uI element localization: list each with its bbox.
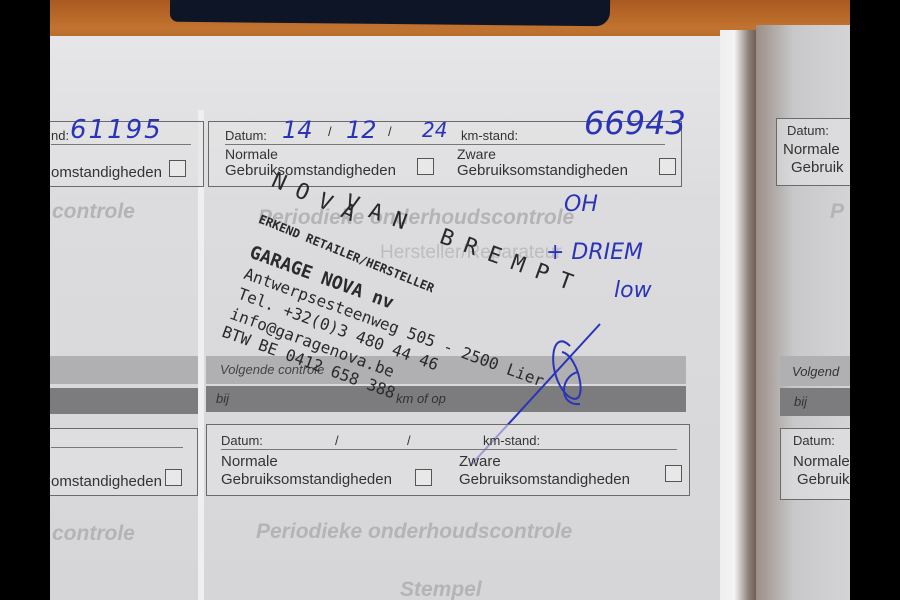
handwritten-year: 24 xyxy=(422,118,447,142)
next-check-km-label: km of op xyxy=(396,391,446,406)
pen xyxy=(170,0,610,26)
normal-usage-checkbox[interactable] xyxy=(417,158,434,175)
next-check-bar-left xyxy=(50,356,198,384)
right-date-label: Datum: xyxy=(787,123,829,138)
page-gutter xyxy=(720,30,756,600)
date-label-bottom: Datum: xyxy=(221,433,263,448)
right-date-label-bottom: Datum: xyxy=(793,433,835,448)
normal-usage-checkbox-bottom[interactable] xyxy=(415,469,432,486)
heavy-label-bottom: Zware xyxy=(459,453,501,470)
handwritten-note-low: low xyxy=(614,278,652,303)
right-entry-box: Datum: Normale Gebruik xyxy=(776,118,850,186)
entry-box-bottom: Datum: / / km-stand: Normale Gebruiksoms… xyxy=(206,424,690,496)
left-usage-checkbox-bottom[interactable] xyxy=(165,469,182,486)
booklet-photo: nd: omstandigheden 61195 Datum: Normale … xyxy=(50,0,850,600)
heavy-usage-label-bottom: Gebruiksomstandigheden xyxy=(459,471,630,488)
date-separator: / xyxy=(335,433,339,448)
handwritten-month: 12 xyxy=(346,116,377,144)
right-next-bar: Volgend xyxy=(780,356,850,386)
left-usage-checkbox[interactable] xyxy=(169,160,186,177)
right-entry-box-bottom: Datum: Normale Gebruik xyxy=(780,428,850,500)
stamp-placeholder: Stempel xyxy=(400,578,482,600)
heavy-usage-checkbox[interactable] xyxy=(659,158,676,175)
right-usage-label: Gebruik xyxy=(791,159,844,176)
right-normal-label: Normale xyxy=(783,141,840,158)
right-usage-label-bottom: Gebruik xyxy=(797,471,850,488)
right-at-bar: bij xyxy=(780,388,850,416)
heavy-usage-label: Gebruiksomstandigheden xyxy=(457,162,628,179)
date-separator: / xyxy=(407,433,411,448)
booklet-page-right xyxy=(756,25,850,600)
left-km-label: nd: xyxy=(51,128,69,143)
km-label-bottom: km-stand: xyxy=(483,433,540,448)
date-separator: / xyxy=(328,124,332,139)
section-title-bottom: Periodieke onderhoudscontrole xyxy=(256,520,572,544)
next-check-at-label: bij xyxy=(216,391,229,406)
right-normal-label-bottom: Normale xyxy=(793,453,850,470)
handwritten-km: 66943 xyxy=(584,104,686,142)
normal-usage-label-bottom: Gebruiksomstandigheden xyxy=(221,471,392,488)
date-separator: / xyxy=(388,124,392,139)
left-usage-label-bottom: omstandigheden xyxy=(51,473,162,490)
section-title-left-bottom: controle xyxy=(52,522,135,546)
date-label: Datum: xyxy=(225,128,267,143)
handwritten-day: 14 xyxy=(282,116,313,144)
heavy-usage-checkbox-bottom[interactable] xyxy=(665,465,682,482)
right-next-label: Volgend xyxy=(792,364,839,379)
handwritten-note-driem: + DRIEM xyxy=(546,240,643,265)
handwritten-note-oh: OH xyxy=(564,192,598,217)
left-usage-label: omstandigheden xyxy=(51,164,162,181)
normal-label-bottom: Normale xyxy=(221,453,278,470)
normal-usage-label: Gebruiksomstandigheden xyxy=(225,162,396,179)
handwritten-km-left: 61195 xyxy=(70,115,163,145)
heavy-label: Zware xyxy=(457,146,496,162)
right-title-partial: P xyxy=(830,200,844,224)
right-at-label: bij xyxy=(794,394,807,409)
left-entry-box-bottom: omstandigheden xyxy=(50,428,198,496)
next-check-bar-left-dark xyxy=(50,388,198,414)
km-label: km-stand: xyxy=(461,128,518,143)
section-title-left: controle xyxy=(52,200,135,224)
normal-label: Normale xyxy=(225,146,278,162)
